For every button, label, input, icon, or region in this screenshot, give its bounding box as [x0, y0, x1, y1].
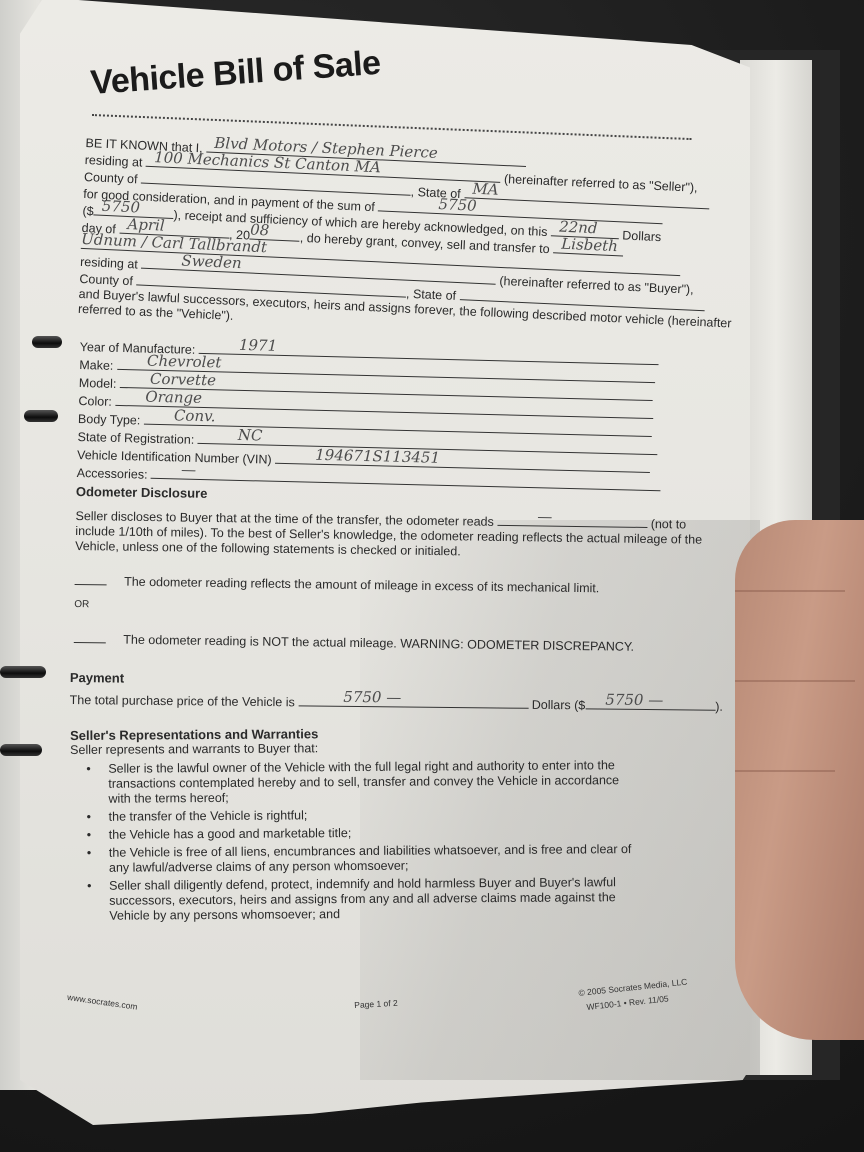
dollar-prefix: ($ [82, 204, 94, 218]
footer-website: www.socrates.com [67, 992, 139, 1012]
warranty-item: the Vehicle is free of all liens, encumb… [71, 842, 641, 876]
month-value: April [127, 217, 165, 234]
color-value: Orange [145, 390, 202, 406]
model-label: Model: [79, 376, 117, 391]
county-label: County of [79, 272, 133, 288]
warranty-item: Seller shall diligently defend, protect,… [71, 875, 641, 924]
state-of-registration-value: NC [238, 428, 263, 444]
sum-number-value: 5750 [102, 199, 141, 216]
buyer-name-field[interactable]: Lisbeth [553, 240, 624, 256]
odometer-text: (not to [651, 517, 687, 531]
buyer-name-value: Lisbeth [561, 237, 618, 255]
warranties-list: Seller is the lawful owner of the Vehicl… [70, 758, 641, 924]
warranty-item: the transfer of the Vehicle is rightful; [71, 806, 641, 825]
day-value: 22nd [559, 220, 598, 237]
body-type-value: Conv. [174, 408, 216, 424]
accessories-value: — [181, 463, 196, 478]
warranty-item: the Vehicle has a good and marketable ti… [71, 824, 641, 843]
make-value: Chevrolet [147, 354, 222, 371]
vehicle-details: Year of Manufacture: 1971 Make: Chevrole… [76, 338, 659, 496]
price-words-field[interactable]: 5750 — [298, 693, 528, 708]
make-label: Make: [79, 358, 113, 373]
warranties-intro: Seller represents and warrants to Buyer … [70, 739, 640, 758]
payment-text: The total purchase price of the Vehicle … [70, 693, 295, 709]
sum-words-value: 5750 [438, 197, 477, 214]
price-number-field[interactable]: 5750 — [585, 696, 715, 710]
option-2-text: The odometer reading is NOT the actual m… [123, 633, 634, 654]
model-value: Corvette [150, 372, 216, 389]
option-1-initial-field[interactable] [75, 572, 107, 585]
year-value: 08 [250, 223, 270, 239]
vin-value: 194671S113451 [315, 448, 440, 466]
color-label: Color: [78, 394, 112, 409]
odometer-reading-value: — [537, 509, 552, 524]
buyer-address-value: Sweden [181, 253, 242, 271]
accessories-label: Accessories: [77, 466, 148, 482]
warranties-section: Seller's Representations and Warranties … [70, 724, 641, 927]
document-content: Vehicle Bill of Sale BE IT KNOWN that I,… [0, 0, 864, 1152]
dollars-prefix: Dollars ($ [532, 698, 586, 713]
warranty-item: Seller is the lawful owner of the Vehicl… [70, 758, 640, 807]
price-words-value: 5750 — [343, 690, 401, 706]
payment-section: Payment The total purchase price of the … [70, 670, 690, 714]
footer-copyright: © 2005 Socrates Media, LLC [578, 977, 688, 998]
body-type-label: Body Type: [78, 412, 141, 428]
odometer-section: Odometer Disclosure Seller discloses to … [74, 484, 676, 655]
option-2-initial-field[interactable] [74, 630, 106, 643]
payment-suffix: ). [715, 700, 723, 714]
document-title: Vehicle Bill of Sale [89, 44, 381, 103]
residing-at-label: residing at [80, 255, 138, 272]
state-label: , State of [406, 287, 457, 303]
year-of-manufacture-value: 1971 [239, 338, 278, 354]
intro-section: BE IT KNOWN that I, Blvd Motors / Stephe… [78, 134, 696, 344]
registration-label: State of Registration: [77, 430, 194, 447]
footer-page-number: Page 1 of 2 [354, 998, 398, 1010]
seller-state-value: MA [472, 182, 499, 198]
residing-at-label: residing at [85, 153, 143, 170]
dollars-label: Dollars [622, 228, 662, 244]
county-label: County of [84, 170, 138, 186]
odometer-reading-field[interactable]: — [497, 513, 647, 528]
footer-form-id: WF100-1 • Rev. 11/05 [586, 993, 669, 1012]
price-number-value: 5750 — [605, 693, 663, 709]
